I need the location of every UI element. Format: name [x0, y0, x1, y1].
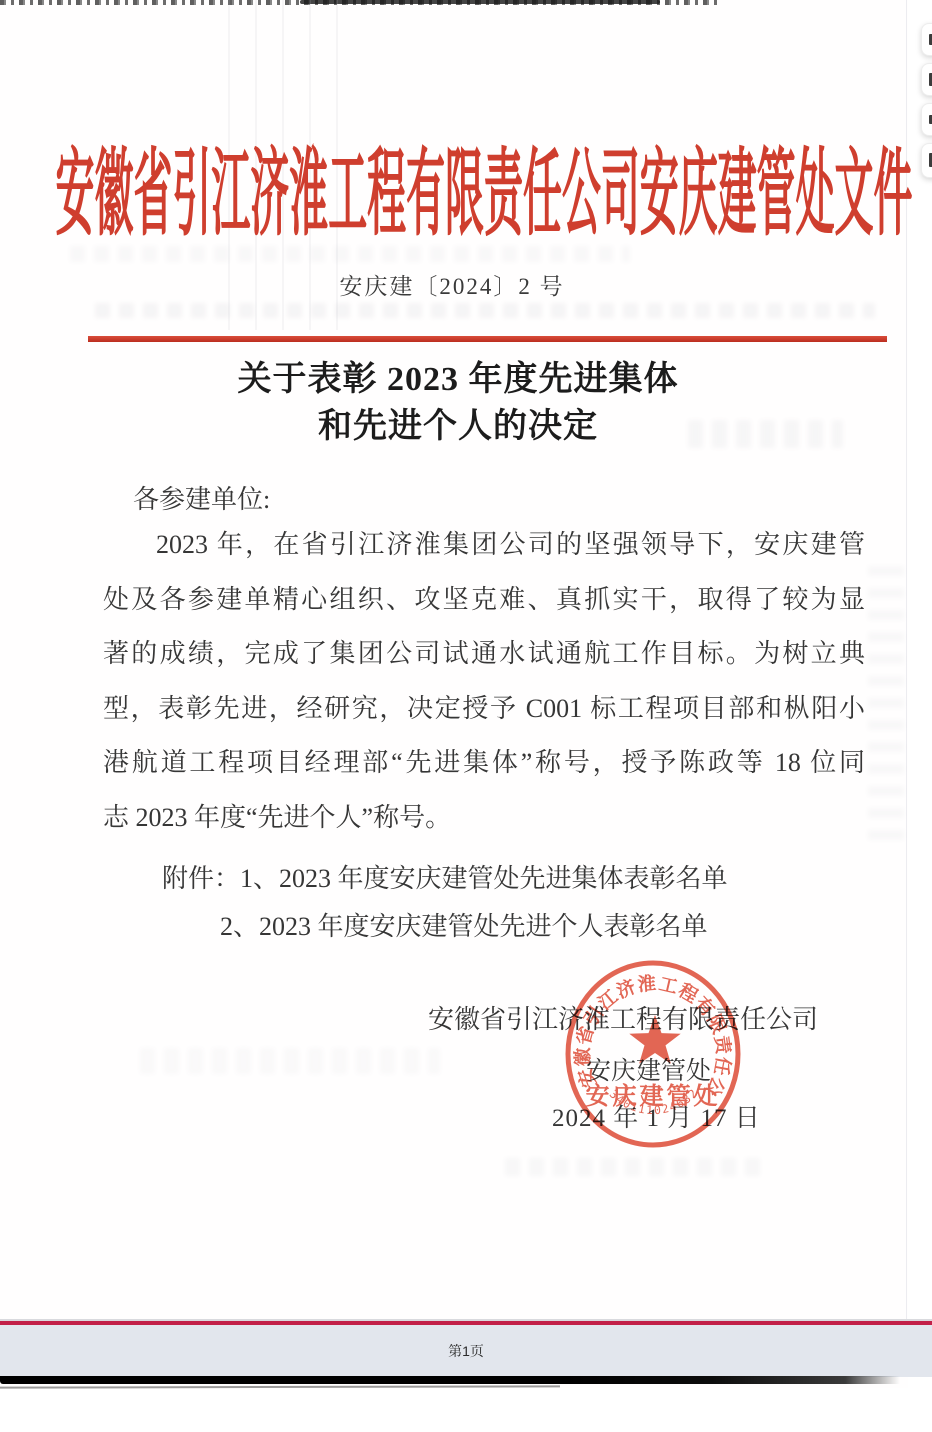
edge-toolbar-button-4[interactable]: [921, 143, 932, 178]
document-title: 关于表彰 2023 年度先进集体 和先进个人的决定: [105, 356, 811, 450]
body-line: 2023 年，在省引江济淮集团公司的坚强领导下，安庆建管: [103, 518, 865, 573]
attachment-line-1: 附件：1、2023 年度安庆建管处先进集体表彰名单: [162, 858, 728, 895]
document-title-line2: 和先进个人的决定: [105, 403, 811, 450]
seal-star-icon: [629, 1015, 680, 1064]
letterhead-title: 安徽省引江济淮工程有限责任公司安庆建管处文件: [56, 146, 913, 243]
edge-toolbar-button-2[interactable]: [921, 63, 932, 96]
edge-toolbar-button-1[interactable]: [921, 23, 932, 56]
document-title-line1: 关于表彰 2023 年度先进集体: [105, 356, 811, 403]
scan-bottom-edge-shadow: [0, 1385, 560, 1388]
svg-text:安徽省引江济淮工程有限责任公司: 安徽省引江济淮工程有限责任公司: [561, 958, 735, 1100]
red-separator-rule: [88, 336, 887, 342]
body-line: 型，表彰先进，经研究，决定授予 C001 标工程项目部和枞阳小: [103, 682, 865, 737]
document-number: 安庆建〔2024〕2 号: [0, 268, 904, 301]
page-indicator: 第1页: [448, 1343, 484, 1359]
ghost-smudge: [505, 1158, 765, 1176]
ghost-smudge: [140, 1048, 440, 1074]
body-line: 处及各参建单精心组织、攻坚克难、真抓实干，取得了较为显: [103, 573, 865, 628]
body-paragraph: 2023 年，在省引江济淮集团公司的坚强领导下，安庆建管 处及各参建单精心组织、…: [103, 518, 865, 845]
salutation: 各参建单位:: [133, 479, 270, 516]
scan-bottom-edge: [0, 1376, 909, 1384]
body-line: 志 2023 年度“先进个人”称号。: [103, 791, 865, 846]
ghost-smudge: [868, 555, 904, 840]
ghost-smudge: [70, 246, 630, 262]
body-line: 港航道工程项目经理部“先进集体”称号，授予陈政等 18 位同: [103, 736, 865, 791]
body-line: 著的成绩，完成了集团公司试通水试通航工作目标。为树立典: [103, 627, 865, 682]
official-seal: 安徽省引江济淮工程有限责任公司 安庆建管处 340111024632: [561, 958, 745, 1156]
seal-ring-text: 安徽省引江济淮工程有限责任公司: [561, 958, 735, 1100]
ghost-smudge: [95, 303, 875, 318]
page-footer-bar: 第1页: [0, 1325, 932, 1377]
edge-toolbar-button-3[interactable]: [921, 103, 932, 136]
attachment-line-2: 2、2023 年度安庆建管处先进个人表彰名单: [220, 906, 708, 943]
